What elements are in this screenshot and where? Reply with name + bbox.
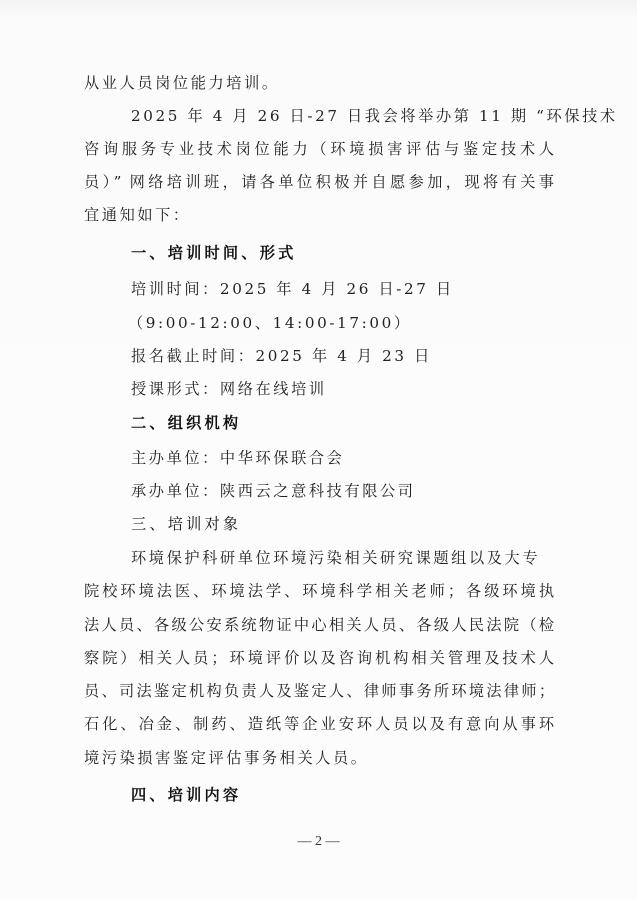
audience-line-2: 院校环境法医、环境法学、环境科学相关老师；各级环境执 [84, 581, 554, 601]
host-organization: 主办单位：中华环保联合会 [131, 448, 601, 468]
intro-line-2: 咨询服务专业技术岗位能力（环境损害评估与鉴定技术人 [84, 139, 554, 159]
audience-line-5: 员、司法鉴定机构负责人及鉴定人、律师事务所环境法律师； [84, 681, 554, 701]
training-hours: （9:00-12:00、14:00-17:00） [128, 313, 598, 333]
audience-line-1: 环境保护科研单位环境污染相关研究课题组以及大专 [131, 548, 601, 568]
intro-line-1: 2025 年 4 月 26 日-27 日我会将举办第 11 期 “环保技术 [131, 106, 601, 126]
audience-line-6: 石化、冶金、制药、造纸等企业安环人员以及有意向从事环 [84, 714, 554, 734]
intro-line-3: 员）” 网络培训班，请各单位积极并自愿参加，现将有关事 [84, 172, 554, 192]
audience-line-7: 境污染损害鉴定评估事务相关人员。 [84, 748, 554, 768]
training-time: 培训时间：2025 年 4 月 26 日-27 日 [131, 279, 601, 299]
registration-deadline: 报名截止时间：2025 年 4 月 23 日 [131, 346, 601, 366]
continuation-line: 从业人员岗位能力培训。 [84, 73, 554, 93]
audience-line-3: 法人员、各级公安系统物证中心相关人员、各级人民法院（检 [84, 615, 554, 635]
audience-line-4: 察院）相关人员；环境评价以及咨询机构相关管理及技术人 [84, 648, 554, 668]
teaching-format: 授课形式：网络在线培训 [131, 379, 601, 399]
organizer: 承办单位：陕西云之意科技有限公司 [131, 481, 601, 501]
section-4-heading: 四、培训内容 [131, 785, 601, 805]
page-number: — 2 — [0, 834, 637, 850]
section-3-heading: 三、培训对象 [131, 514, 601, 534]
intro-line-4: 宜通知如下： [84, 205, 554, 225]
document-page: 从业人员岗位能力培训。 2025 年 4 月 26 日-27 日我会将举办第 1… [0, 0, 637, 900]
section-1-heading: 一、培训时间、形式 [131, 243, 601, 263]
section-2-heading: 二、组织机构 [131, 413, 601, 433]
